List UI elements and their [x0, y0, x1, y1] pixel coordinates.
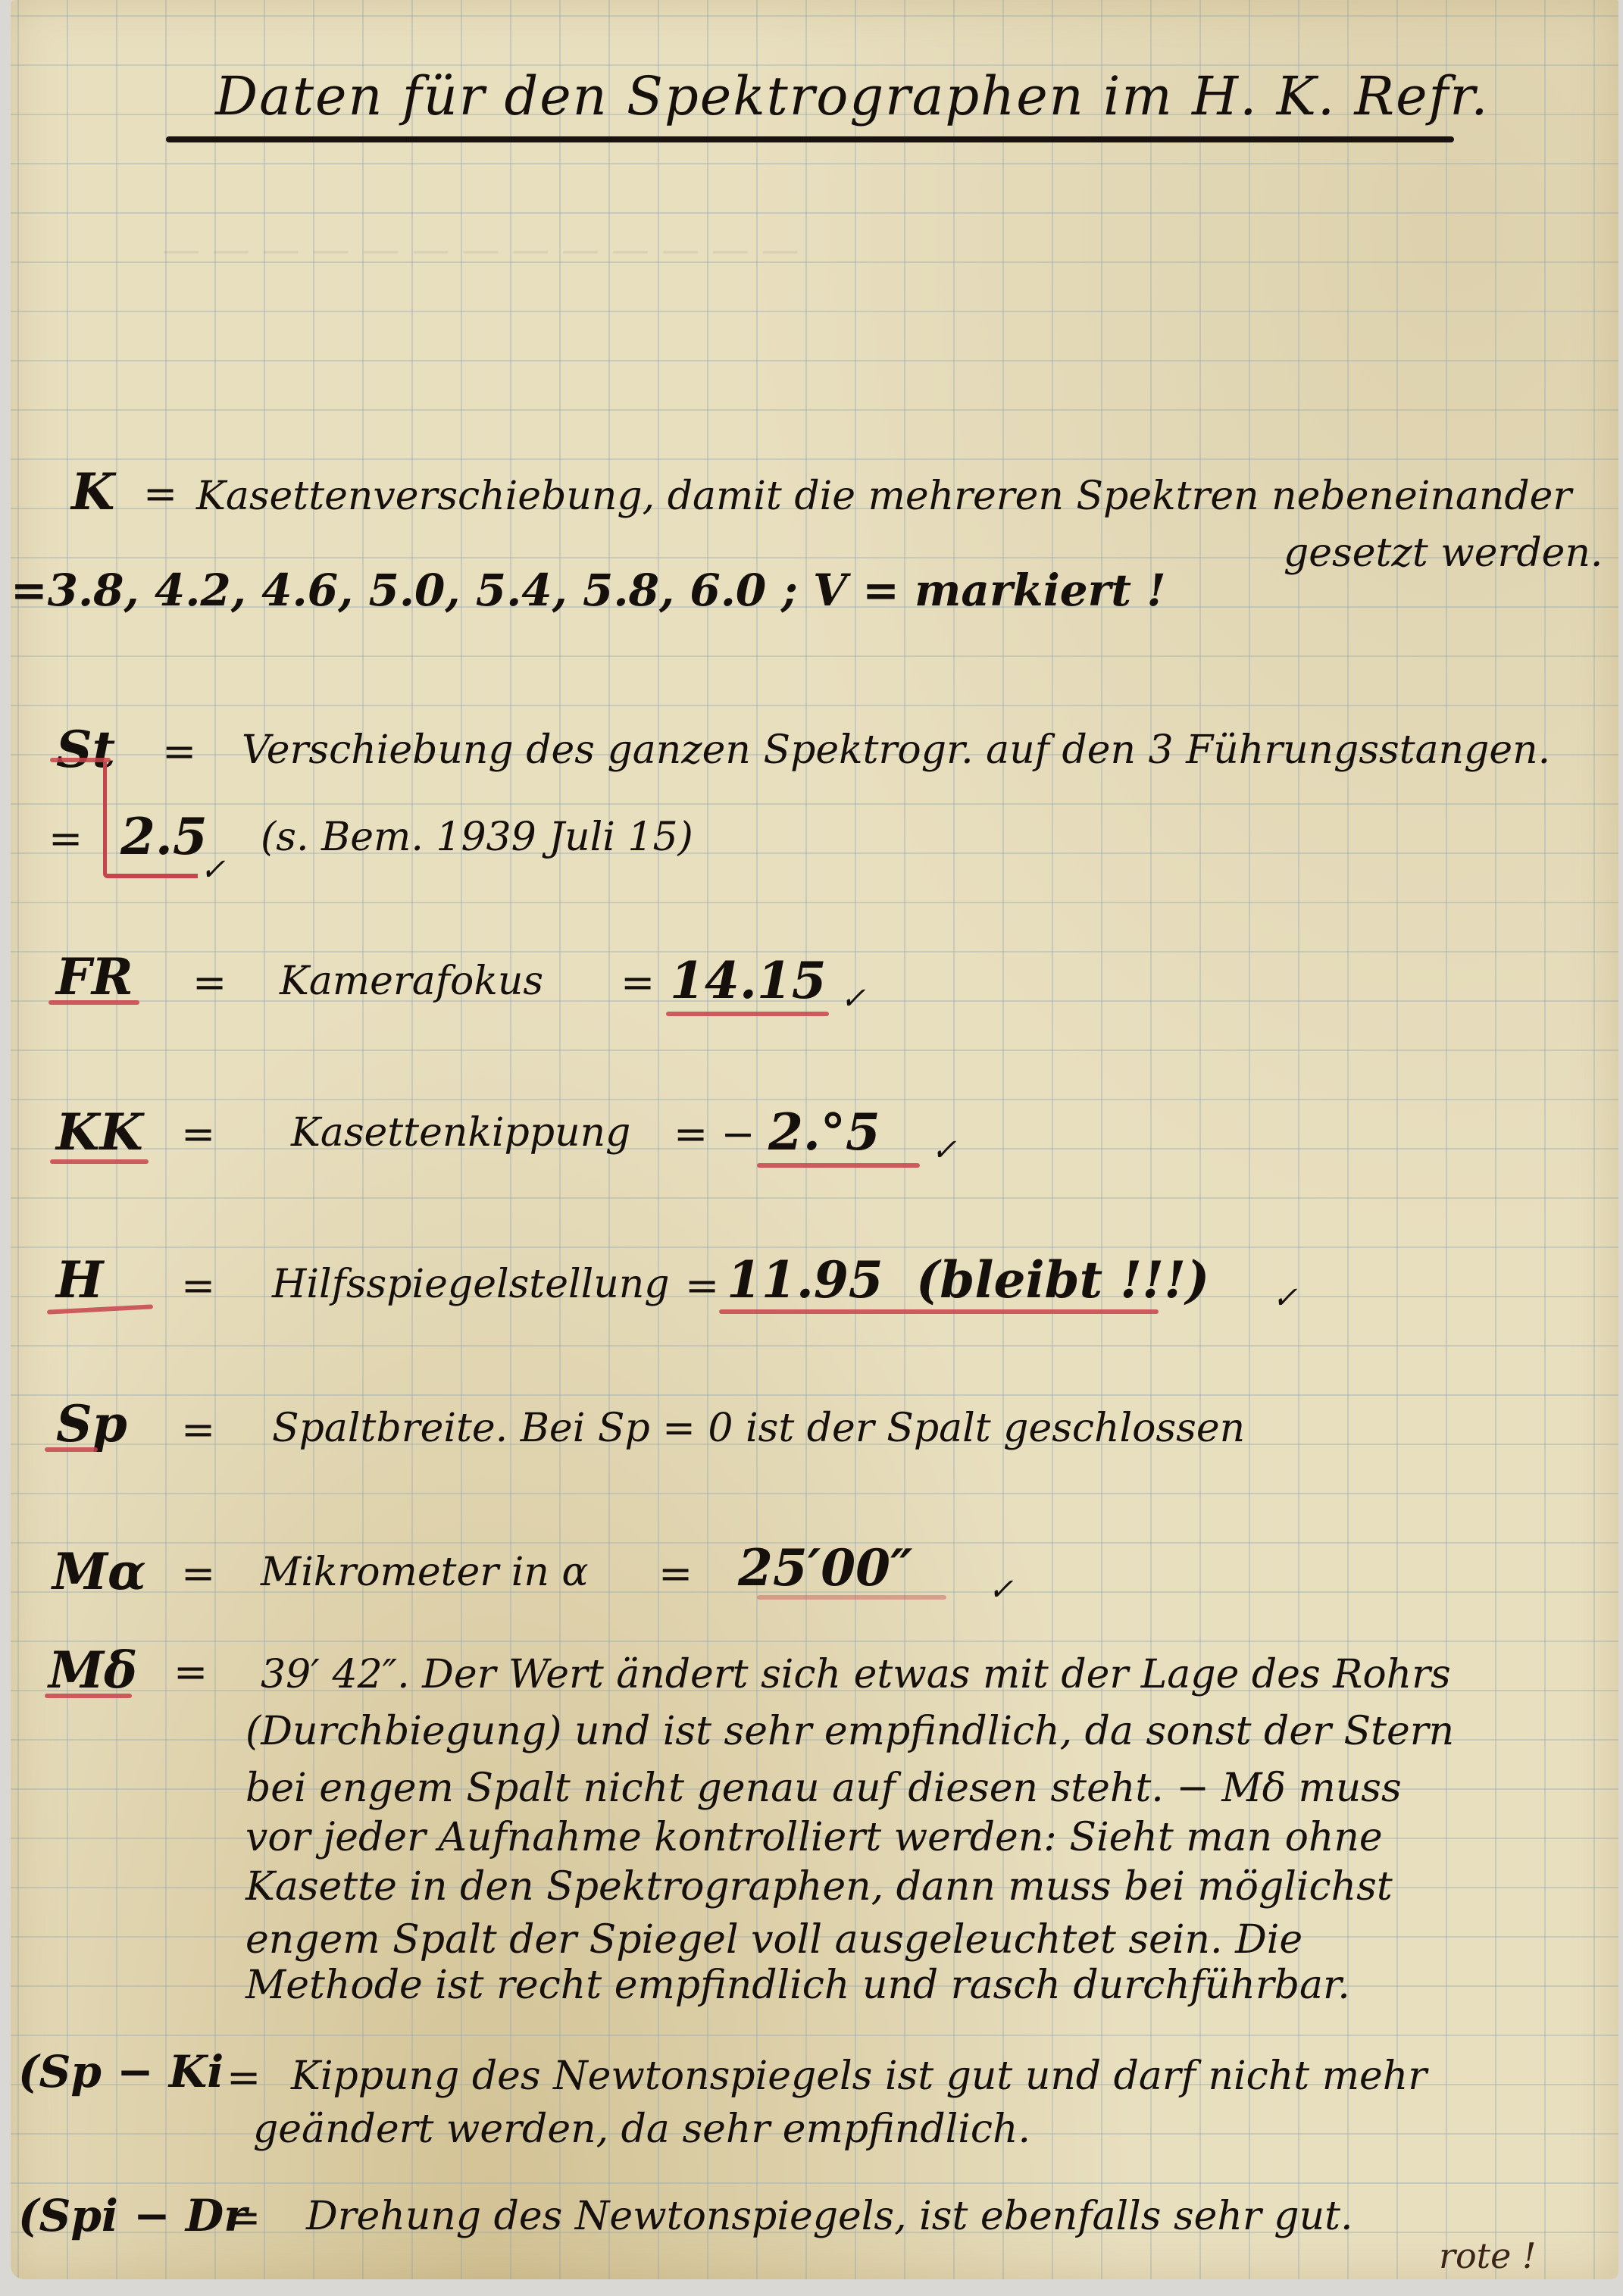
red-underline [719, 1309, 1159, 1314]
red-underline [45, 1694, 132, 1698]
equals-sign: = [181, 1262, 215, 1309]
equals-sign: = − [674, 1110, 755, 1158]
equals-sign: = [192, 959, 227, 1006]
red-underline [666, 1012, 829, 1016]
entry-st-note: (s. Bem. 1939 Juli 15) [261, 815, 693, 860]
entry-m-delta-line: Methode ist recht empfindlich und rasch … [245, 1963, 1350, 2008]
entry-sp-ki-line: geändert werden, da sehr empfindlich. [253, 2107, 1030, 2152]
check-mark-icon: ✓ [988, 1572, 1014, 1607]
entry-m-delta-line: bei engem Spalt nicht genau auf diesen s… [245, 1766, 1402, 1811]
symbol-sp-ki: (Sp − Ki [18, 2046, 224, 2097]
entry-st-text: Verschiebung des ganzen Spektrogr. auf d… [242, 727, 1550, 773]
page-title: Daten für den Spektrographen im H. K. Re… [215, 65, 1489, 127]
equals-sign: = [162, 727, 196, 775]
red-underline [48, 1000, 139, 1005]
entry-m-alpha-text: Mikrometer in α [261, 1550, 588, 1595]
entry-h-value: 11.95 [727, 1250, 883, 1309]
symbol-m-alpha: Mα [52, 1542, 146, 1601]
entry-h-text: Hilfsspiegelstellung [272, 1262, 670, 1307]
entry-spi-dr-line: Drehung des Newtonspiegels, ist ebenfall… [306, 2194, 1353, 2239]
entry-k-text-cont: gesetzt werden. [1284, 530, 1603, 576]
entry-m-delta-line: 39′ 42″. Der Wert ändert sich etwas mit … [261, 1652, 1451, 1697]
entry-sp-text: Spaltbreite. Bei Sp = 0 ist der Spalt ge… [272, 1406, 1245, 1451]
equals-sign: = [227, 2054, 261, 2101]
equals-sign: = [143, 470, 177, 518]
symbol-sp: Sp [56, 1394, 127, 1453]
red-underline [50, 1159, 149, 1164]
symbol-m-delta: Mδ [48, 1641, 137, 1700]
entry-m-delta-line: Kasette in den Spektrographen, dann muss… [245, 1864, 1393, 1910]
equals-sign: = [181, 1406, 215, 1453]
symbol-fr: FR [56, 947, 133, 1006]
entry-fr-text: Kamerafokus [280, 959, 543, 1004]
check-mark-icon: ✓ [931, 1133, 957, 1168]
entry-k-values: =3.8, 4.2, 4.6, 5.0, 5.4, 5.8, 6.0 ; V =… [11, 565, 1166, 616]
equals-sign: = [621, 959, 655, 1006]
entry-h-note: (bleibt !!!) [916, 1250, 1209, 1309]
red-underline [45, 1447, 98, 1452]
entry-m-delta-line: (Durchbiegung) und ist sehr empfindlich,… [245, 1709, 1454, 1754]
check-mark-icon: ✓ [200, 852, 226, 887]
symbol-k: K [71, 462, 114, 521]
entry-fr-value: 14.15 [670, 951, 827, 1010]
entry-m-alpha-value: 25′00″ [738, 1538, 913, 1597]
entry-kk-value: 2.°5 [768, 1103, 880, 1162]
equals-sign: = [685, 1262, 719, 1309]
entry-kk-text: Kasettenkippung [291, 1110, 630, 1156]
symbol-kk: KK [56, 1103, 143, 1162]
equals-sign: = [227, 2194, 261, 2241]
red-underline [757, 1595, 946, 1600]
title-underline [166, 136, 1454, 142]
equals-sign: = [181, 1110, 215, 1158]
equals-sign: = [174, 1648, 208, 1696]
entry-m-delta-line: engem Spalt der Spiegel voll ausgeleucht… [245, 1917, 1302, 1963]
symbol-h: H [56, 1250, 103, 1309]
bleed-through-text: — — — — — — — — — — — — — [162, 227, 799, 271]
red-underline [50, 758, 111, 762]
check-mark-icon: ✓ [840, 981, 866, 1016]
entry-m-delta-line: vor jeder Aufnahme kontrolliert werden: … [245, 1815, 1383, 1860]
red-underline [757, 1163, 920, 1168]
entry-sp-ki-line: Kippung des Newtonspiegels ist gut und d… [291, 2054, 1427, 2099]
equals-sign: = [48, 815, 83, 862]
equals-sign: = [181, 1550, 215, 1597]
equals-sign: = [658, 1550, 693, 1597]
entry-k-text: Kasettenverschiebung, damit die mehreren… [196, 474, 1571, 519]
footer-note: rote ! [1439, 2235, 1537, 2276]
entry-st-value: 2.5 [120, 807, 208, 866]
grid-paper-sheet: — — — — — — — — — — — — — Daten für den … [11, 0, 1618, 2279]
symbol-spi-dr: (Spi − Dr [18, 2190, 247, 2241]
check-mark-icon: ✓ [1272, 1281, 1298, 1315]
